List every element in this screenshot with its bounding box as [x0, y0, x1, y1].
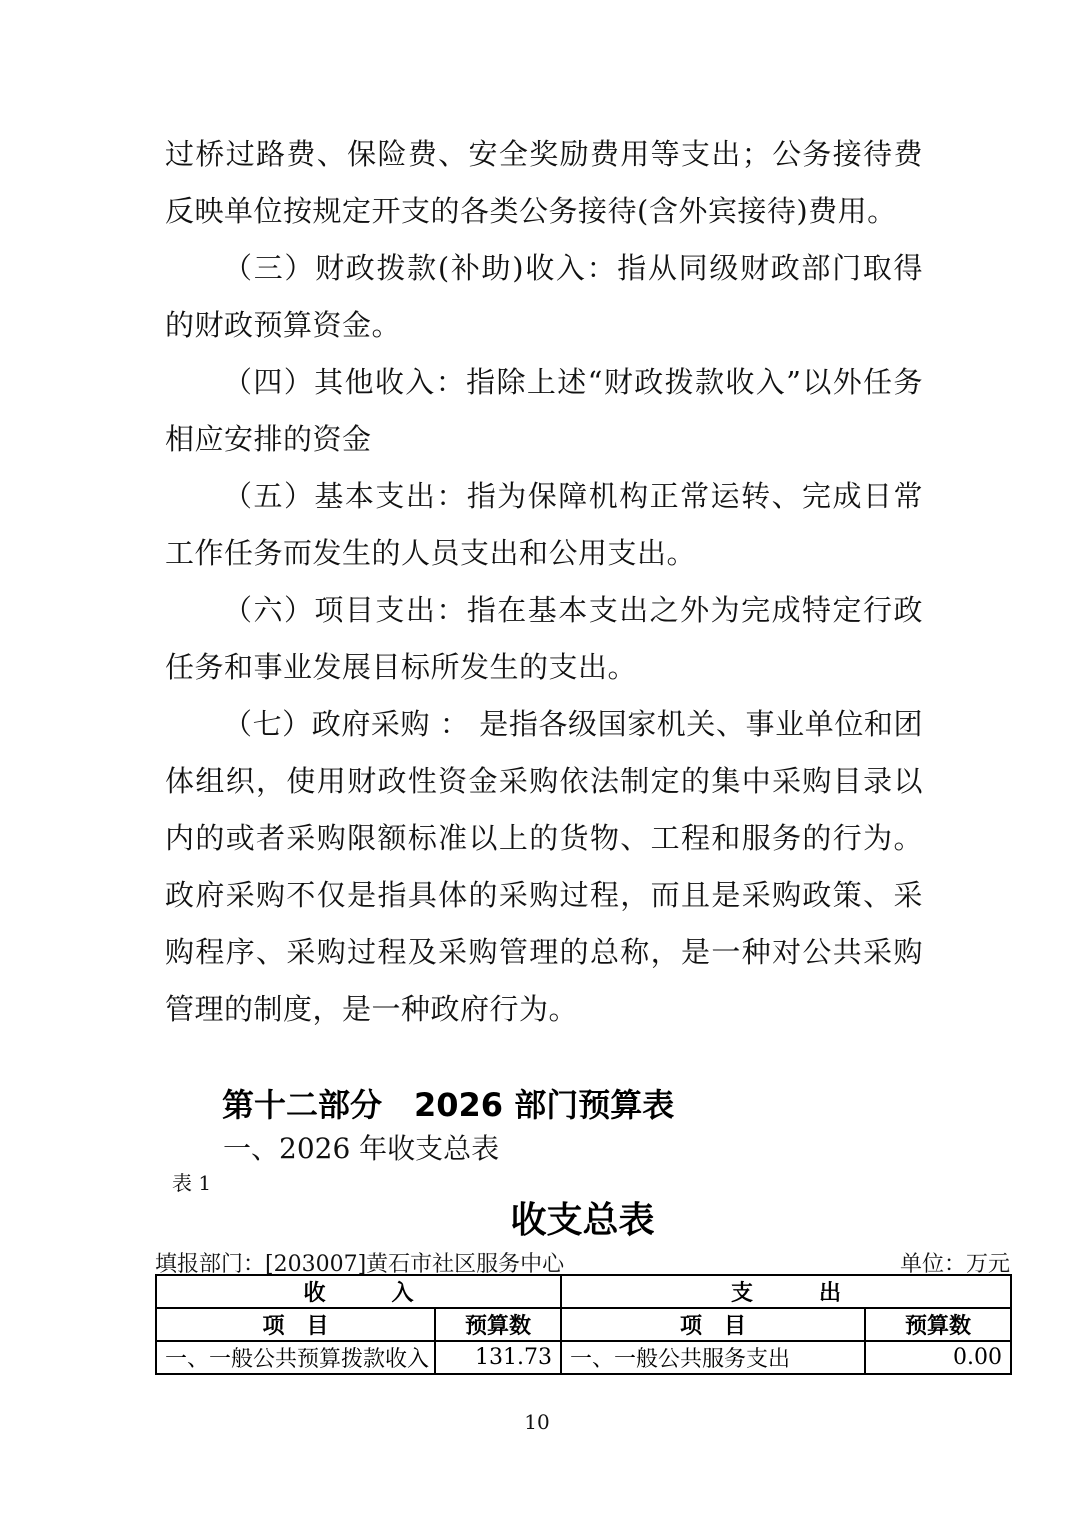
paragraph: （七）政府采购 ： 是指各级国家机关、事业单位和团体组织，使用财政性资金采购依法…: [165, 696, 923, 1038]
income-budget-header: 预算数: [435, 1308, 561, 1341]
group-header-row: 收 入 支 出: [156, 1275, 1011, 1308]
income-group-header: 收 入: [156, 1275, 561, 1308]
document-body-text: 过桥过路费、保险费、安全奖励费用等支出；公务接待费反映单位按规定开支的各类公务接…: [165, 126, 923, 1038]
expense-value-cell: 0.00: [865, 1341, 1011, 1374]
table-row: 一、一般公共预算拨款收入 131.73 一、一般公共服务支出 0.00: [156, 1341, 1011, 1374]
expense-item-header: 项 目: [561, 1308, 865, 1341]
expense-group-header: 支 出: [561, 1275, 1011, 1308]
paragraph: 过桥过路费、保险费、安全奖励费用等支出；公务接待费反映单位按规定开支的各类公务接…: [165, 126, 923, 240]
column-header-row: 项 目 预算数 项 目 预算数: [156, 1308, 1011, 1341]
section-heading: 第十二部分 2026 部门预算表: [222, 1080, 674, 1126]
budget-summary-table: 收 入 支 出 项 目 预算数 项 目 预算数 一、一般公共预算拨款收入 131…: [155, 1274, 1012, 1375]
expense-item-cell: 一、一般公共服务支出: [561, 1341, 865, 1374]
income-value-cell: 131.73: [435, 1341, 561, 1374]
paragraph: （四）其他收入：指除上述“财政拨款收入”以外任务相应安排的资金: [165, 354, 923, 468]
subsection-heading: 一、2026 年收支总表: [223, 1127, 499, 1167]
income-item-header: 项 目: [156, 1308, 435, 1341]
table-title: 收支总表: [155, 1192, 1010, 1243]
paragraph: （五）基本支出：指为保障机构正常运转、完成日常工作任务而发生的人员支出和公用支出…: [165, 468, 923, 582]
income-item-cell: 一、一般公共预算拨款收入: [156, 1341, 435, 1374]
page-number: 10: [0, 1410, 1074, 1434]
paragraph: （六）项目支出：指在基本支出之外为完成特定行政任务和事业发展目标所发生的支出。: [165, 582, 923, 696]
expense-budget-header: 预算数: [865, 1308, 1011, 1341]
paragraph: （三）财政拨款(补助)收入：指从同级财政部门取得的财政预算资金。: [165, 240, 923, 354]
